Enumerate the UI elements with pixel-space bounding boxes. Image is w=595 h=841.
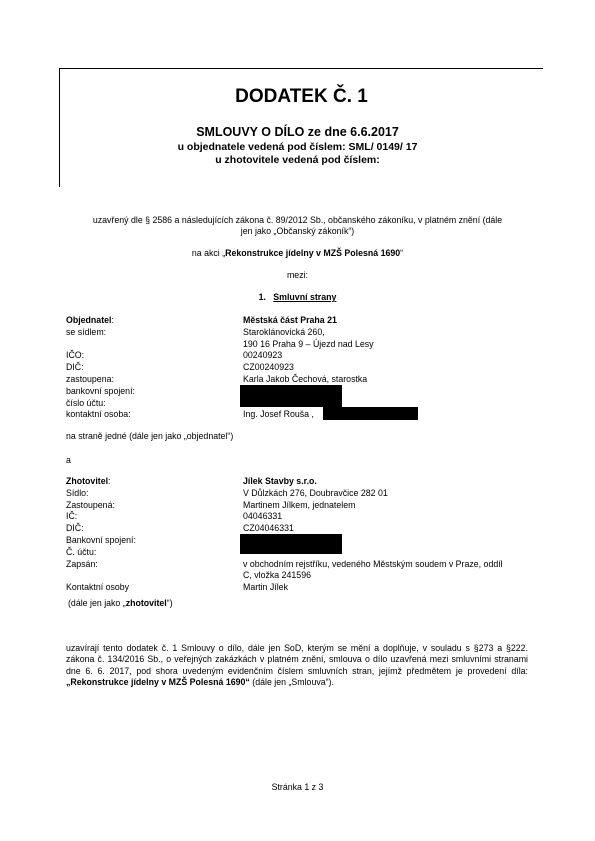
document-subtitle: SMLOUVY O DÍLO ze dne 6.6.2017	[0, 125, 595, 139]
client-field-label: číslo účtu:	[66, 398, 106, 409]
client-field-label: DIČ:	[66, 362, 84, 373]
contractor-closing-suffix: “)	[167, 598, 173, 608]
client-field-label: bankovní spojení:	[66, 386, 135, 397]
section-number: 1.	[259, 292, 266, 302]
contractor-field-label: Sídlo:	[66, 488, 89, 499]
action-suffix: “	[400, 248, 403, 258]
client-field-label: zastoupena:	[66, 374, 114, 385]
contractor-field-label: DIČ:	[66, 523, 84, 534]
contractor-field-value: v obchodním rejstříku, vedeného Městským…	[243, 559, 503, 570]
contractor-field-label: IČ:	[66, 511, 77, 522]
action-line: na akci „Rekonstrukce jídelny v MZŠ Pole…	[0, 248, 595, 259]
client-field-label: kontaktní osoba:	[66, 409, 131, 420]
redacted-contact-client	[323, 407, 418, 420]
document-title: DODATEK Č. 1	[60, 86, 543, 108]
contractor-closing-prefix: (dále jen jako „	[68, 598, 126, 608]
final-paragraph-text: uzavírají tento dodatek č. 1 Smlouvy o d…	[66, 643, 528, 676]
section-heading: 1. Smluvní strany	[0, 292, 595, 303]
contractor-field-value: C, vložka 241596	[243, 570, 311, 581]
contractor-field-label: Zastoupená:	[66, 500, 115, 511]
contractor-reference: u zhotovitele vedená pod číslem:	[0, 154, 595, 166]
section-title: Smluvní strany	[273, 292, 336, 302]
contractor-field-label: Č. účtu:	[66, 547, 96, 558]
action-prefix: na akci „	[192, 248, 225, 258]
between-label: mezi:	[0, 270, 595, 281]
client-field-label-bold: Objednatel	[66, 315, 111, 325]
client-field-value: Karla Jakob Čechová, starostka	[243, 374, 367, 385]
contractor-field-value: 04046331	[243, 511, 282, 522]
client-closing: na straně jedné (dále jen jako „objednat…	[66, 431, 233, 442]
redacted-bank-details-client	[240, 385, 342, 407]
contractor-field-value: CZ04046331	[243, 523, 294, 534]
contractor-field-value: V Důlzkách 276, Doubravčice 282 01	[243, 488, 388, 499]
contractor-field-label-suffix: :	[108, 476, 110, 486]
contractor-field-label: Kontaktní osoby	[66, 582, 129, 593]
intro-line-1: uzavřený dle § 2586 a následujících záko…	[0, 215, 595, 226]
contractor-field-label: Bankovní spojení:	[66, 535, 136, 546]
contractor-field-label: Zhotovitel:	[66, 476, 110, 487]
and-word: a	[66, 455, 71, 466]
client-reference: u objednatele vedená pod číslem: SML/ 01…	[0, 141, 595, 153]
redacted-bank-details-contractor	[240, 534, 342, 554]
client-field-value: Městská část Praha 21	[243, 315, 337, 326]
client-field-label: Objednatel:	[66, 315, 114, 326]
final-paragraph-bold: „Rekonstrukce jídelny v MZŠ Polesná 1690…	[66, 677, 250, 687]
contractor-field-label: Zapsán:	[66, 559, 98, 570]
header-box-top-border	[59, 68, 543, 69]
client-field-label-suffix: :	[111, 315, 113, 325]
contractor-field-value: Martinem Jílkem, jednatelem	[243, 500, 355, 511]
client-field-value: 00240923	[243, 350, 282, 361]
client-field-value: Staroklánovická 260,	[243, 327, 325, 338]
final-paragraph-suffix: (dále jen „Smlouva“).	[250, 677, 334, 687]
final-paragraph: uzavírají tento dodatek č. 1 Smlouvy o d…	[66, 643, 528, 688]
page-number: Stránka 1 z 3	[0, 782, 595, 793]
contractor-field-label-bold: Zhotovitel	[66, 476, 108, 486]
client-field-label: IČO:	[66, 350, 84, 361]
contractor-field-value: Martin Jílek	[243, 582, 288, 593]
client-field-value: Ing. Josef Rouša ,	[243, 409, 314, 420]
contractor-field-value: Jílek Stavby s.r.o.	[243, 476, 317, 487]
action-name: Rekonstrukce jídelny v MZŠ Polesná 1690	[225, 248, 400, 258]
contractor-closing-bold: zhotovitel	[126, 598, 167, 608]
client-field-value: CZ00240923	[243, 362, 294, 373]
contractor-closing: (dále jen jako „zhotovitel“)	[68, 598, 173, 609]
client-field-label: se sídlem:	[66, 327, 106, 338]
client-field-value: 190 16 Praha 9 – Újezd nad Lesy	[243, 339, 374, 350]
intro-line-2: jen jako „Občanský zákoník“)	[0, 226, 595, 237]
